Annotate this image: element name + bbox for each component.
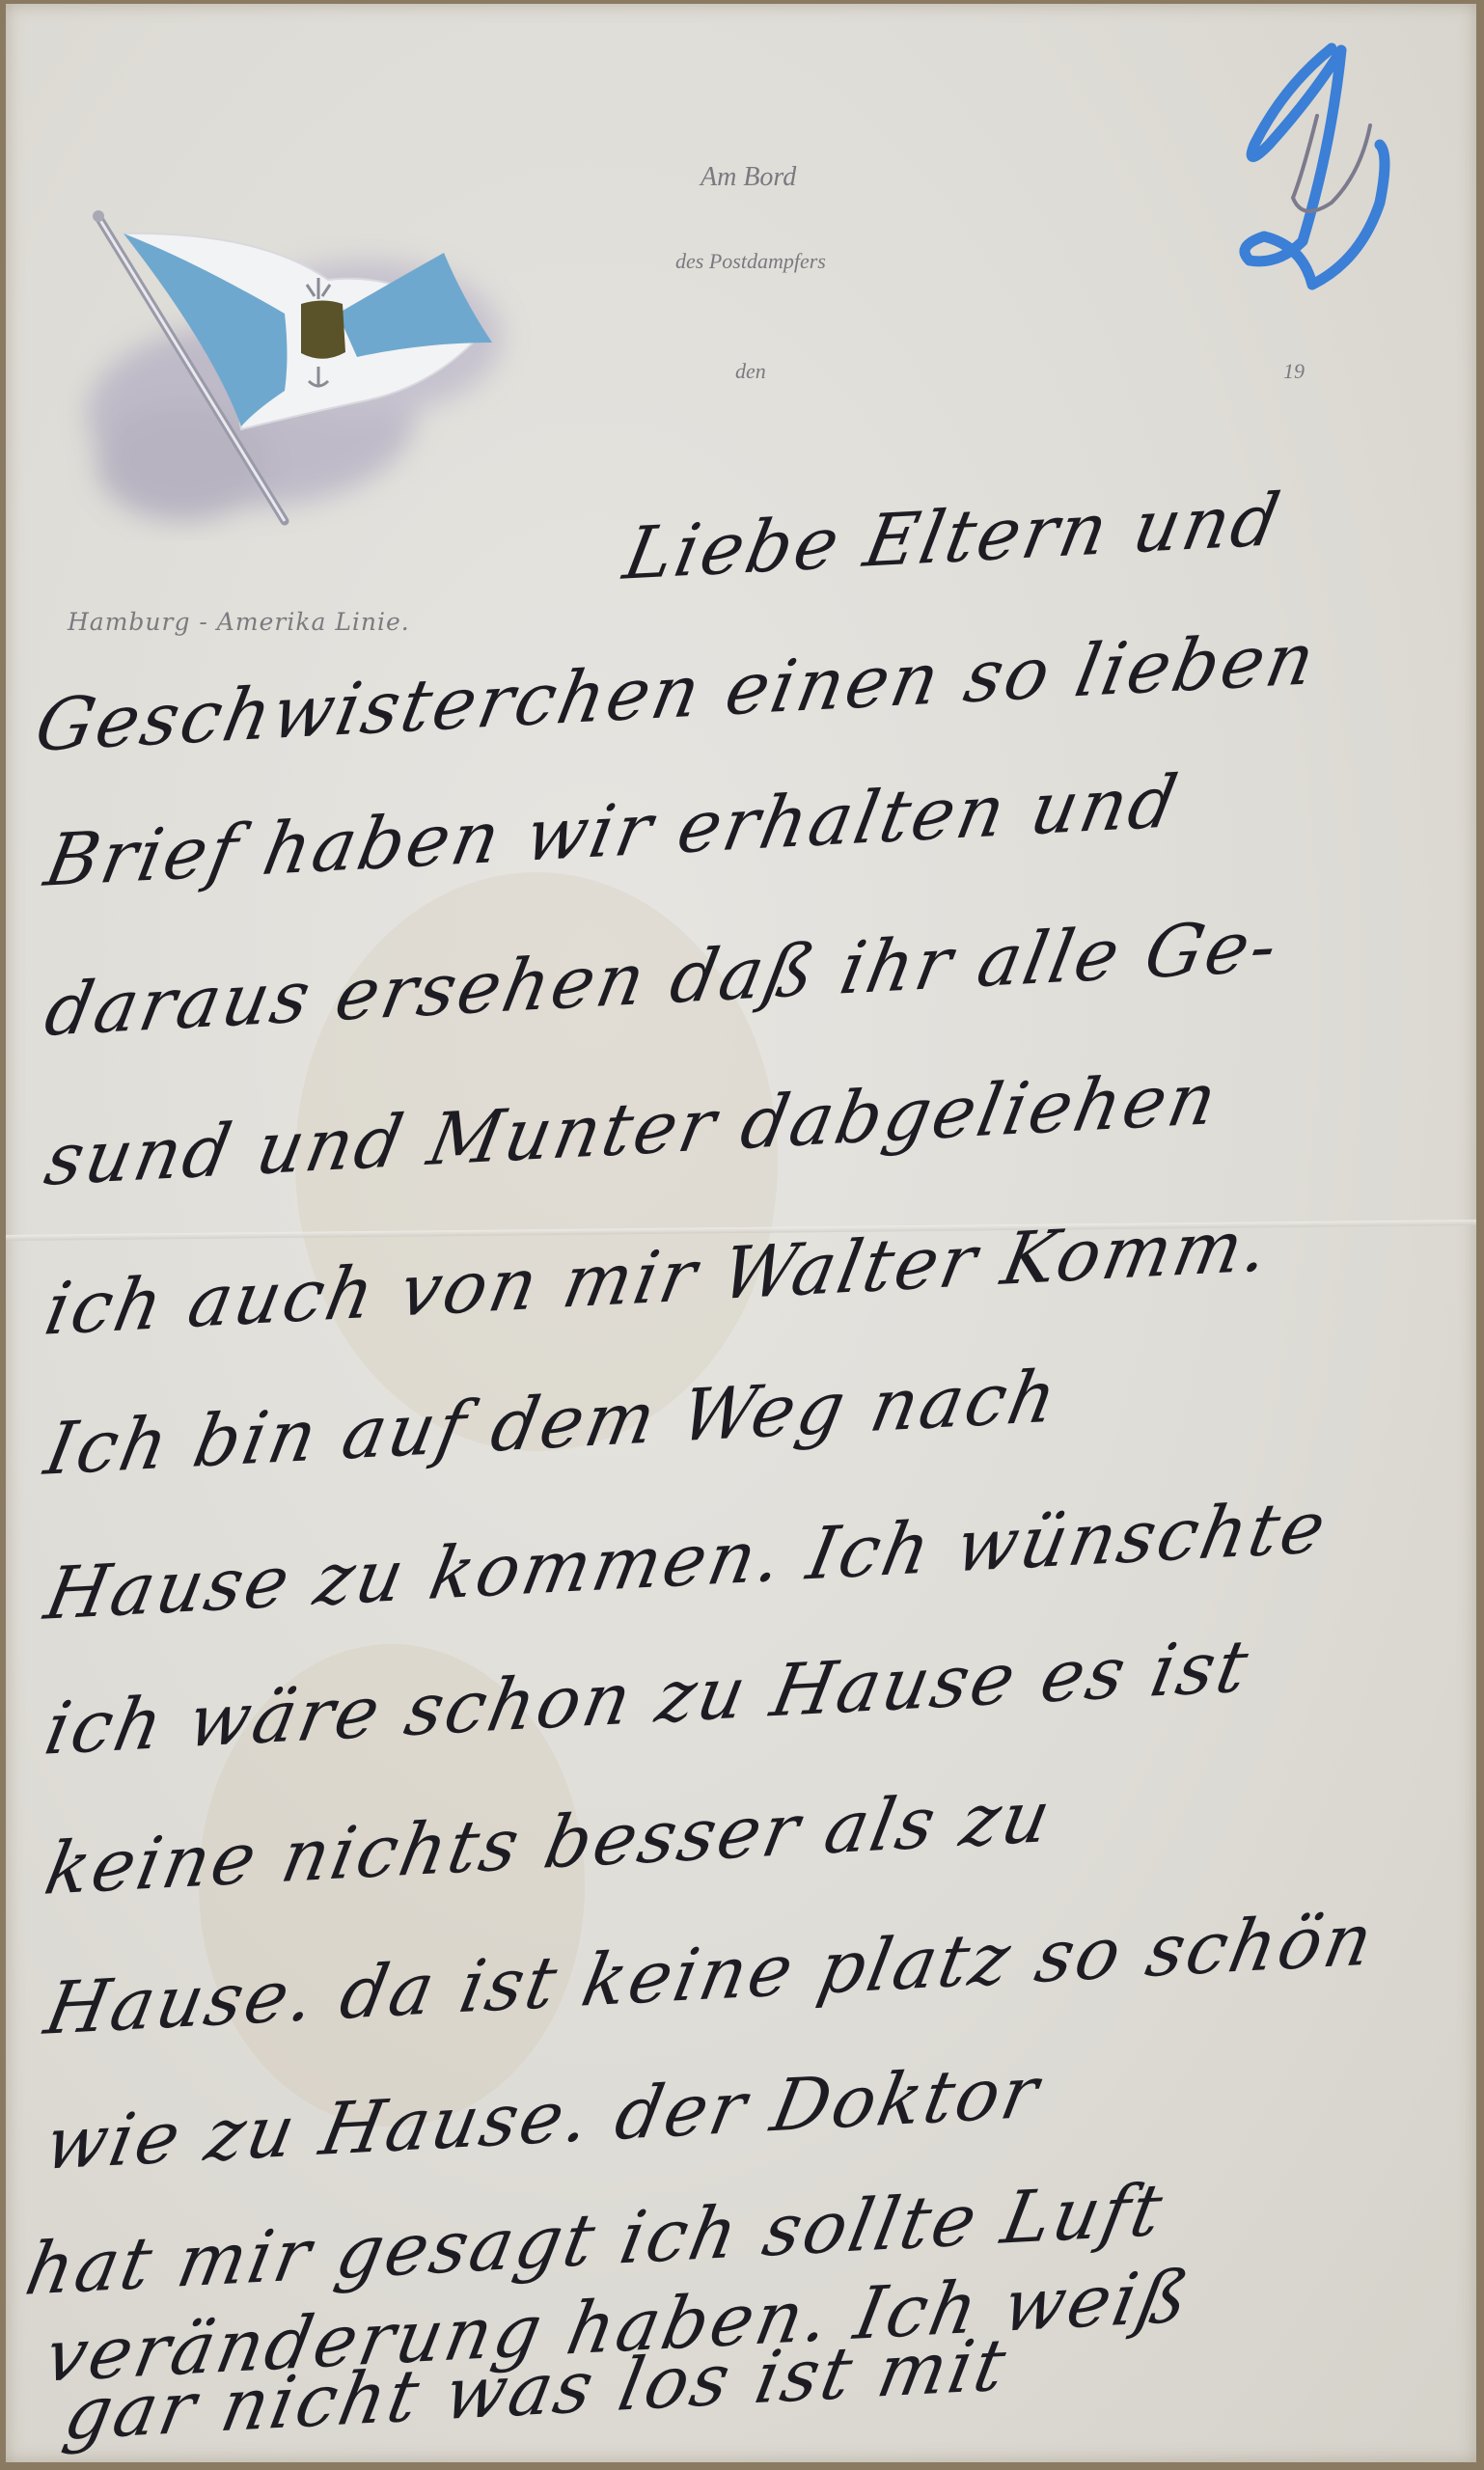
hapag-flag-icon <box>48 174 569 540</box>
letterhead-am-bord: Am Bord <box>701 162 796 193</box>
page-number-glyph <box>1196 29 1409 328</box>
page-number-annotation: 2 <box>1196 29 1409 328</box>
letterhead-year-label: 19 <box>1283 359 1305 384</box>
company-name: Hamburg - Amerika Linie. <box>68 608 410 636</box>
letterhead-postdampfer: des Postdampfers <box>675 249 826 274</box>
letterhead-date-label: den <box>735 359 766 384</box>
